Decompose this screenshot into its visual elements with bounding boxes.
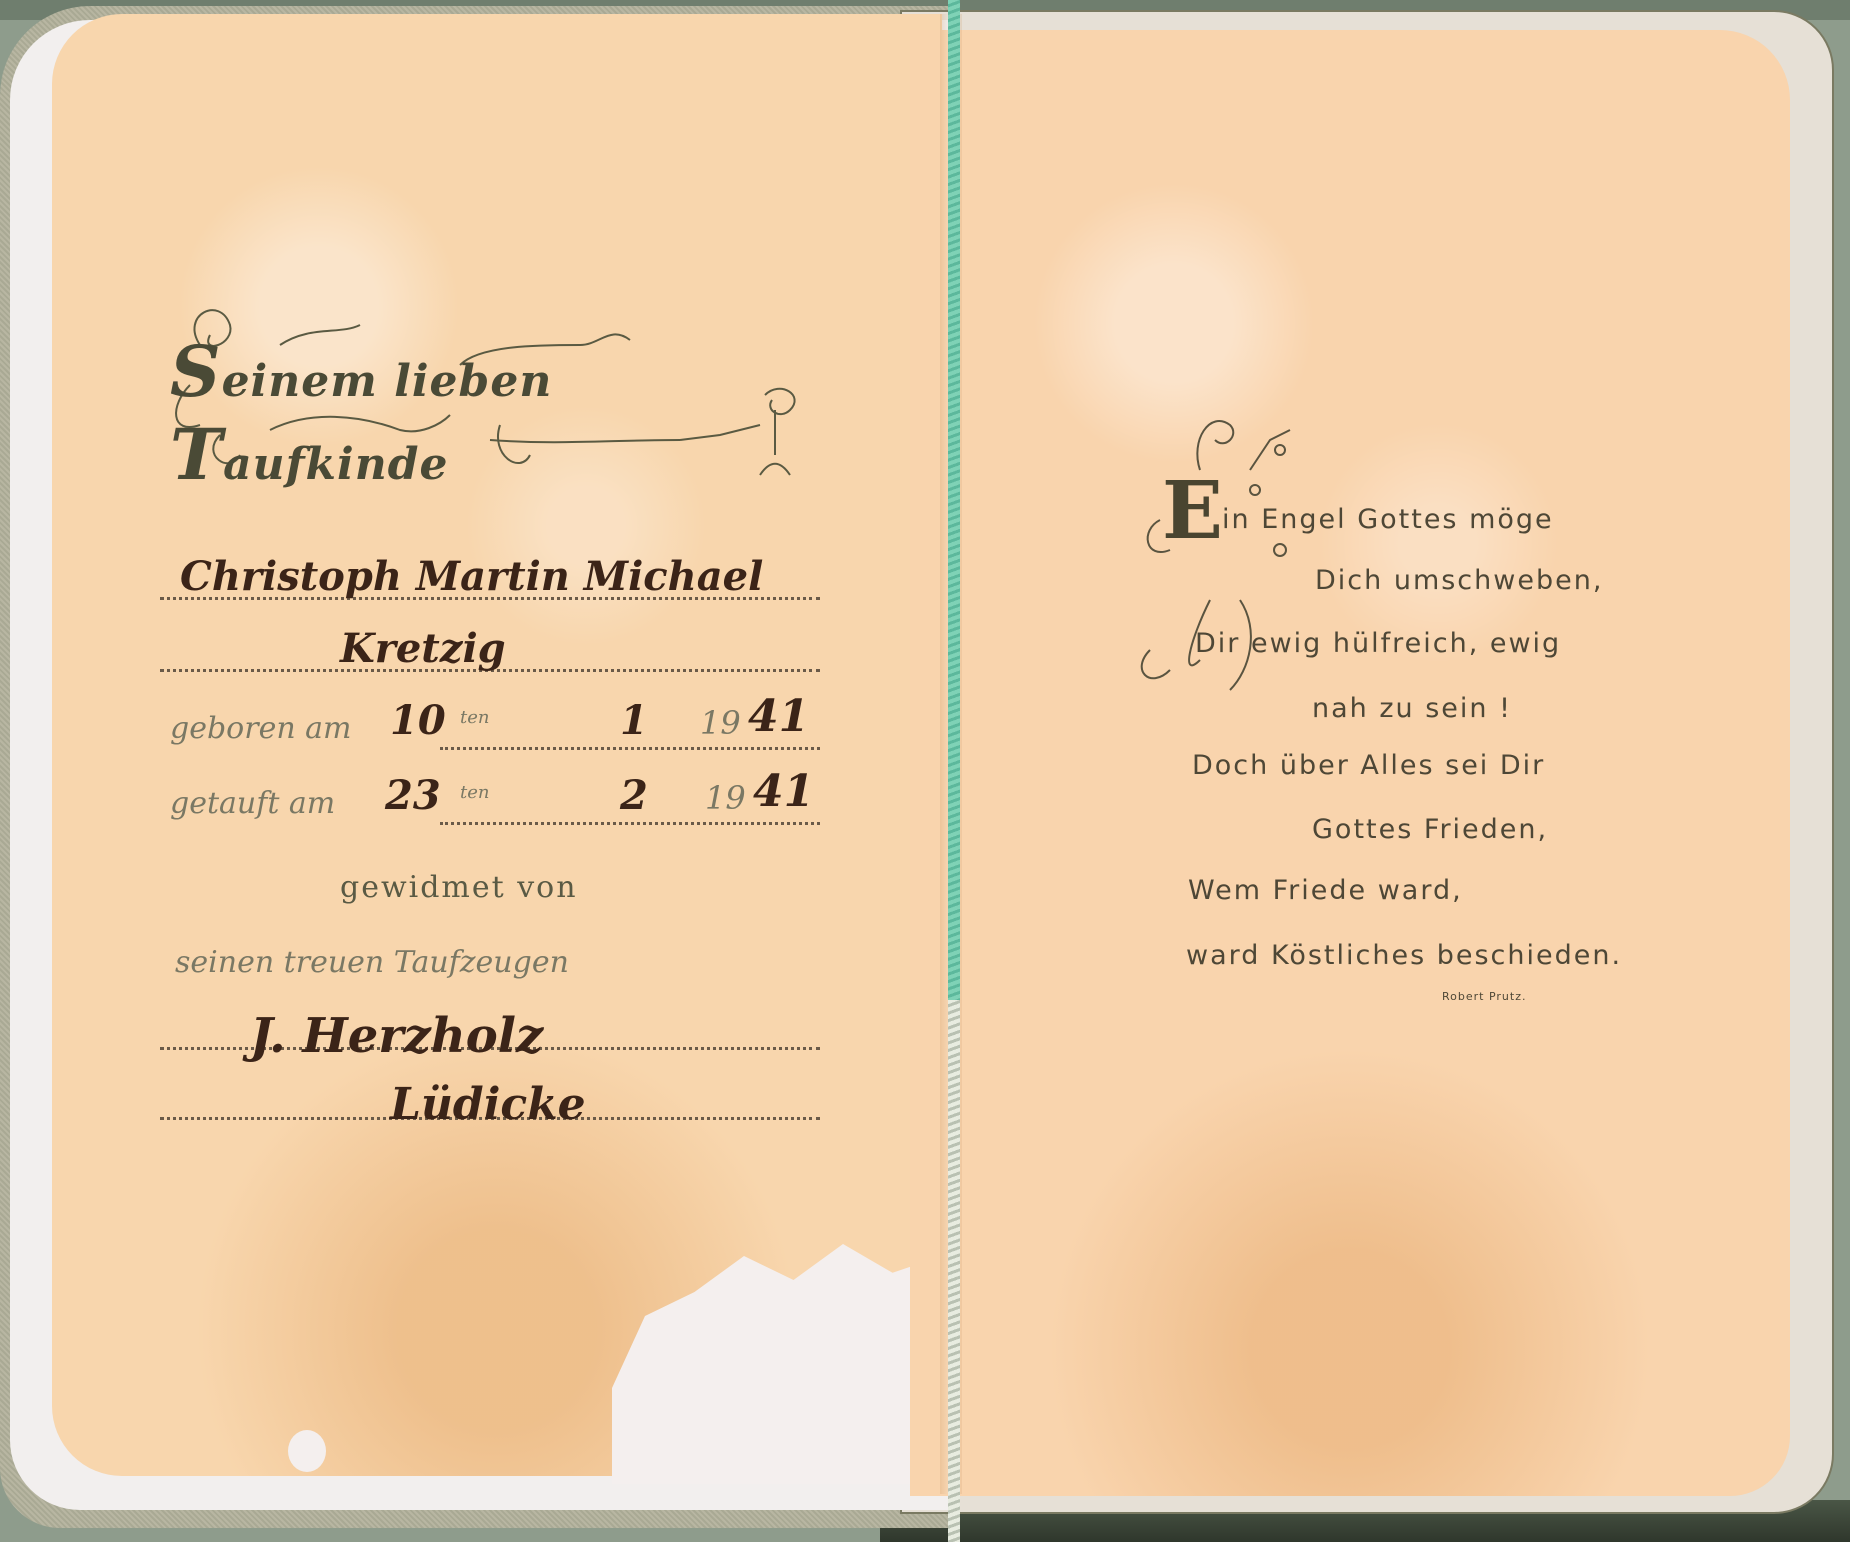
birth-day: 10 [390, 697, 446, 744]
dotted-rule [440, 747, 820, 750]
godparent-line-2: Lüdicke [160, 1060, 820, 1120]
birth-day-suffix: ten [460, 707, 489, 728]
poem-line-4: nah zu sein ! [1312, 693, 1512, 724]
heading-initial-t: T [170, 413, 223, 496]
baptism-year-prefix: 19 [705, 779, 746, 817]
birth-month: 1 [620, 697, 648, 744]
poem-line-2: Dich umschweben, [1315, 565, 1603, 596]
poem-line-7: Wem Friede ward, [1188, 875, 1463, 906]
poem-line-1: in Engel Gottes möge [1222, 504, 1554, 535]
poem-author: Robert Prutz. [1442, 990, 1526, 1003]
name-line-1: Christoph Martin Michael [160, 540, 820, 600]
dotted-rule [440, 822, 820, 825]
poem-initial-e: E [1162, 470, 1223, 550]
born-label: geboren am [170, 711, 352, 746]
birth-year-prefix: 19 [700, 704, 741, 742]
heading-text-part2: aufkinde [223, 439, 448, 490]
name-line-2: Kretzig [160, 612, 820, 672]
dedicated-by-label: gewidmet von [340, 870, 578, 905]
paper-hole [288, 1430, 326, 1472]
poem-line-6: Gottes Frieden, [1312, 814, 1548, 845]
baptized-label: getauft am [170, 786, 335, 821]
bookmark-cord-faded [948, 1000, 960, 1542]
godparents-label: seinen treuen Taufzeugen [175, 945, 569, 980]
baptism-date-line: getauft am 23 ten 2 19 41 [160, 765, 820, 825]
birth-year-suffix: 41 [748, 691, 809, 742]
godparent-name-2: Lüdicke [390, 1079, 586, 1130]
heading-text-part1: einem lieben [222, 356, 553, 407]
godparent-name-1: J. Herzholz [250, 1008, 543, 1064]
baptism-day-suffix: ten [460, 782, 489, 803]
child-surname: Kretzig [340, 625, 506, 672]
baptism-day: 23 [385, 772, 441, 819]
poem-line-3: Dir ewig hülfreich, ewig [1195, 628, 1561, 659]
poem-line-5: Doch über Alles sei Dir [1192, 750, 1545, 781]
heading-initial-s: S [170, 330, 222, 413]
godparent-line-1: J. Herzholz [160, 990, 820, 1050]
dedication-heading: Seinem lieben Taufkinde [170, 330, 810, 496]
poem-line-8: ward Köstliches beschieden. [1186, 940, 1622, 971]
birth-date-line: geboren am 10 ten 1 19 41 [160, 690, 820, 750]
torn-paper-damage [612, 1244, 942, 1484]
baptism-month: 2 [620, 772, 648, 819]
baptism-year-suffix: 41 [753, 766, 814, 817]
child-name-line1: Christoph Martin Michael [180, 553, 763, 600]
